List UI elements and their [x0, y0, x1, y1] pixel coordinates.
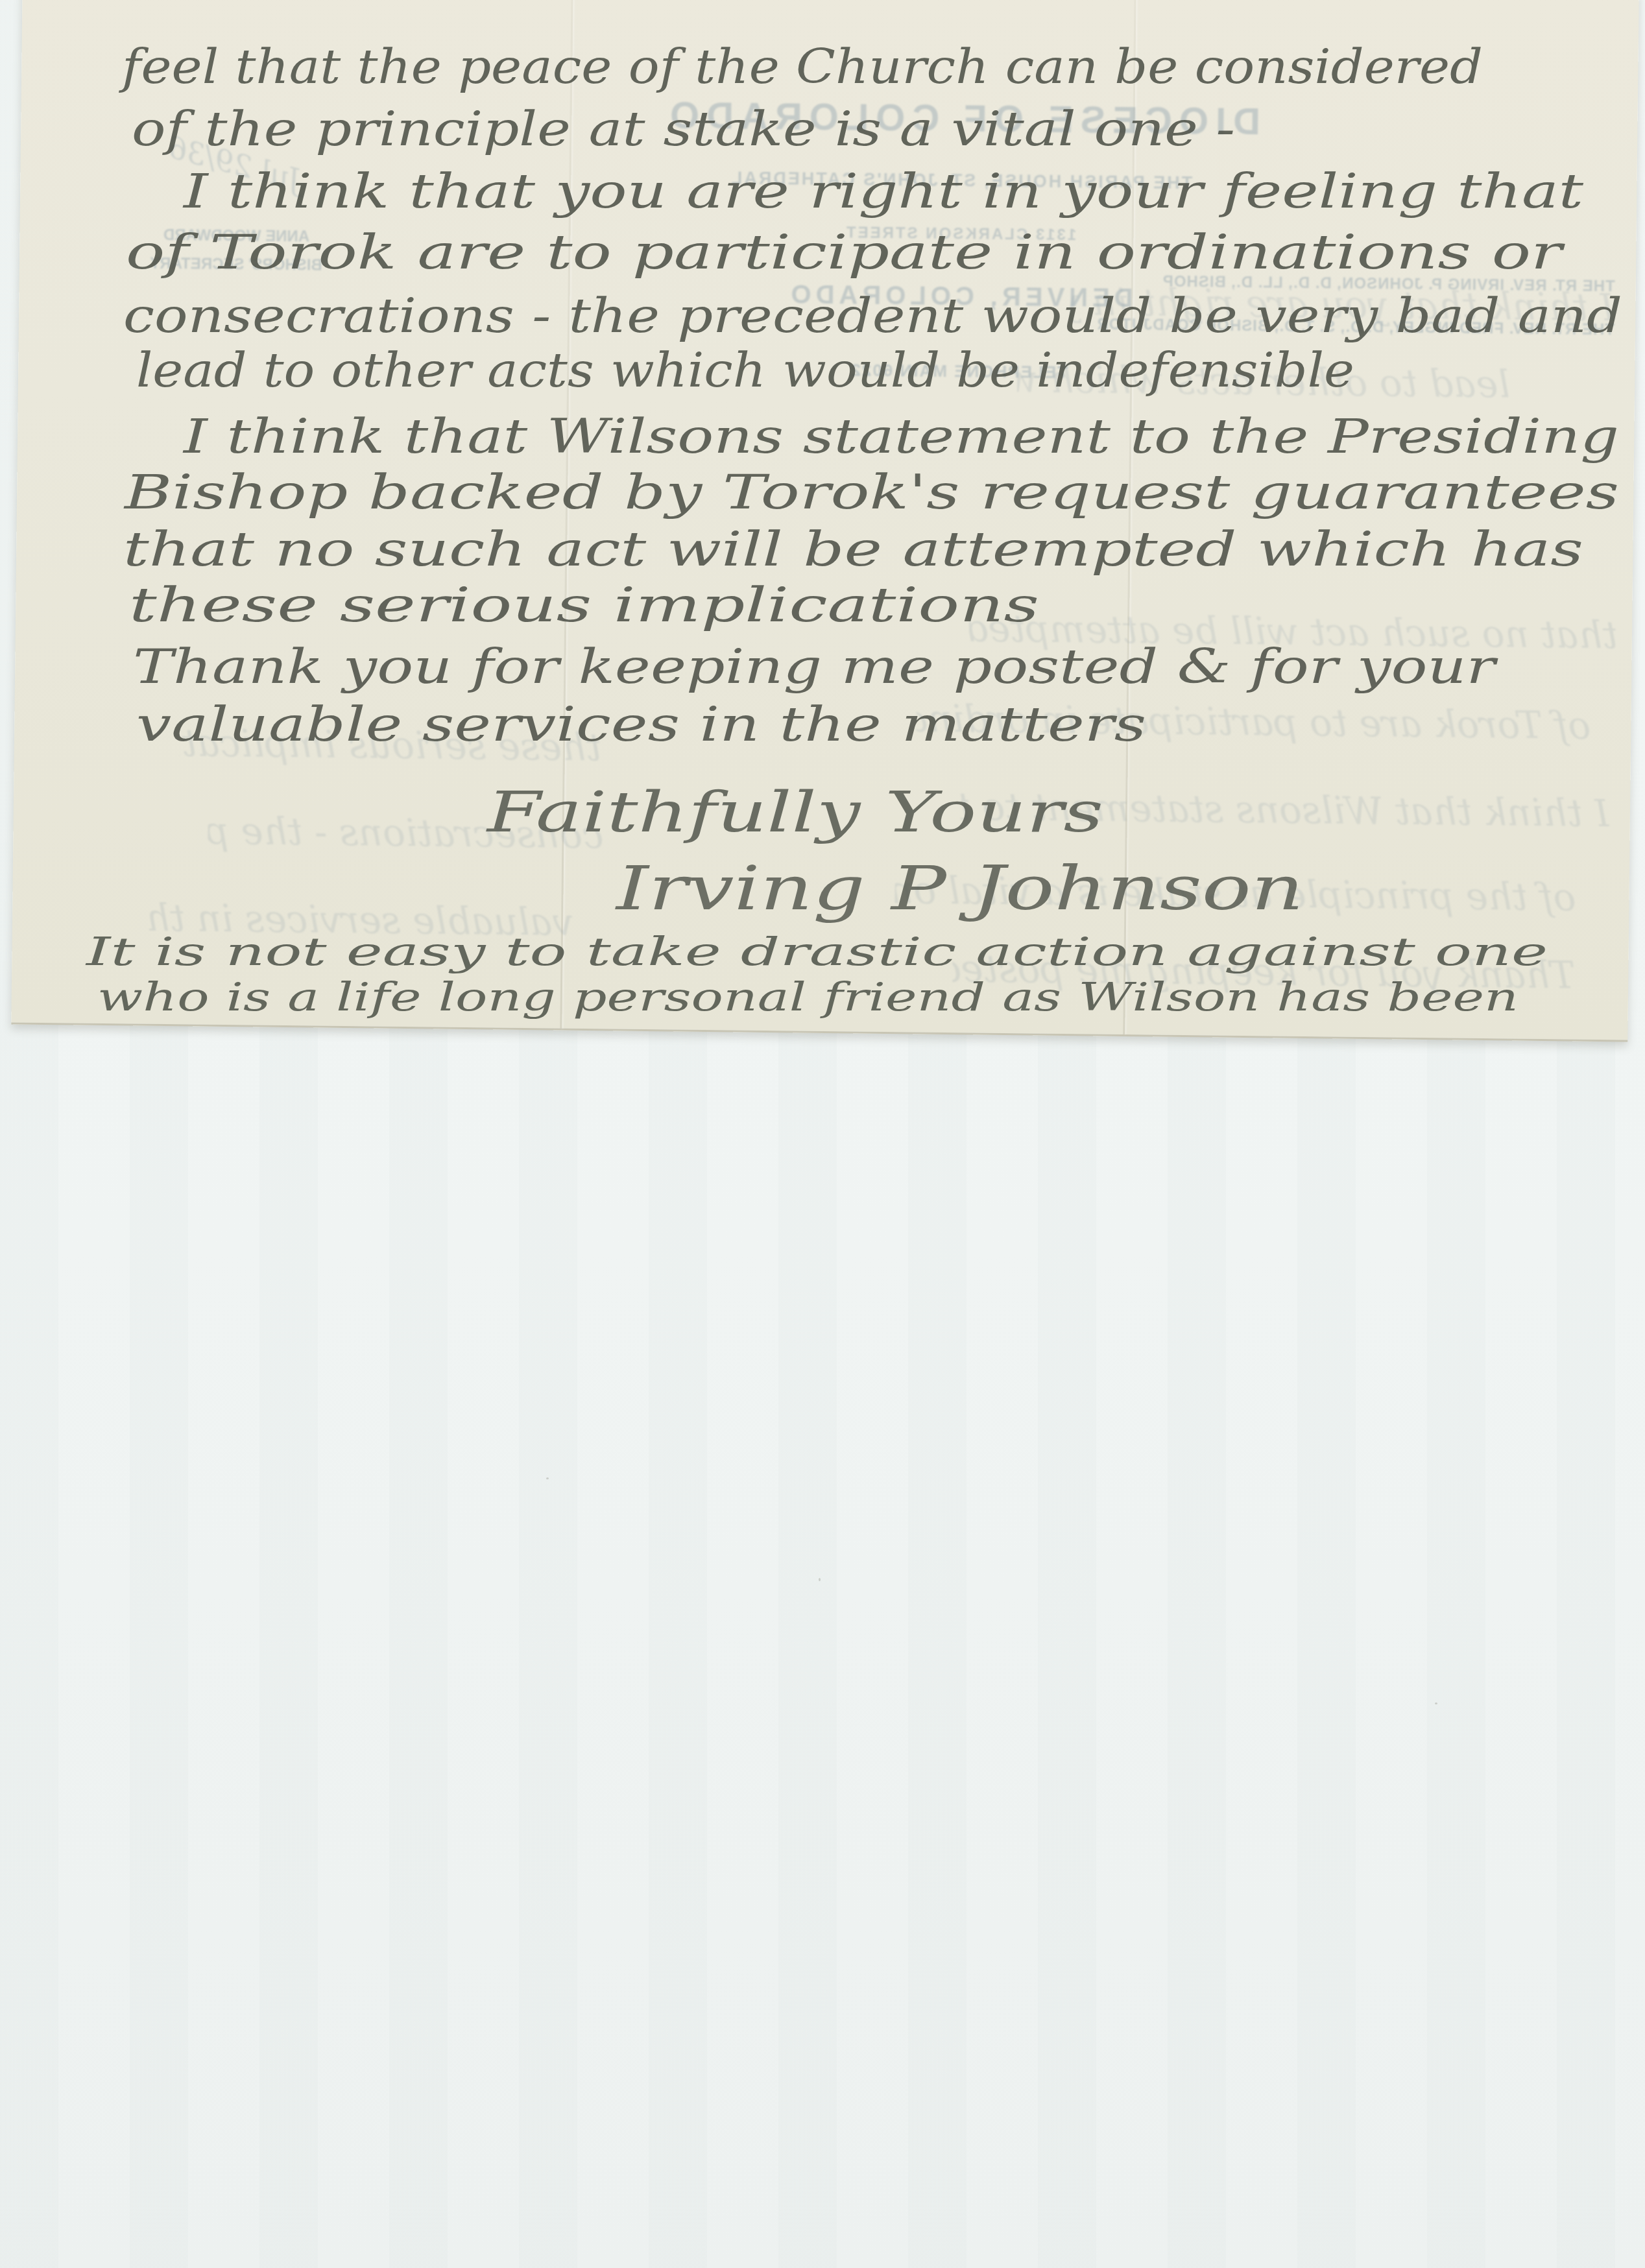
postscript-line: It is not easy to take drastic action ag…	[85, 929, 1548, 975]
signature: Irving P Johnson	[614, 853, 1304, 924]
handwriting-line: I think that you are right in your feeli…	[182, 164, 1584, 219]
handwriting-line: of the principle at stake is a vital one…	[132, 102, 1235, 156]
scan-speck	[546, 1477, 549, 1479]
scanned-letter-canvas: DIOCESE OF COLORADO THE PARISH HOUSE, ST…	[0, 0, 1645, 2268]
handwritten-text-layer: feel that the peace of the Church can be…	[0, 0, 1645, 1064]
handwriting-line: Bishop backed by Torok's request guarant…	[123, 465, 1619, 519]
scan-speck	[1435, 1702, 1437, 1704]
closing-line: Faithfully Yours	[485, 780, 1103, 845]
handwriting-line: that no such act will be attempted which…	[123, 522, 1583, 577]
postscript-line: who is a life long personal friend as Wi…	[97, 975, 1519, 1020]
handwriting-line: lead to other acts which would be indefe…	[136, 343, 1354, 398]
handwriting-line: consecrations - the precedent would be v…	[123, 289, 1622, 343]
handwriting-line: valuable services in the matters	[136, 697, 1146, 752]
handwriting-line: these serious implications	[129, 578, 1039, 632]
handwriting-line: feel that the peace of the Church can be…	[118, 40, 1483, 94]
handwriting-line: I think that Wilsons statement to the Pr…	[182, 409, 1619, 464]
handwriting-line: Thank you for keeping me posted & for yo…	[133, 639, 1498, 694]
scan-speck	[819, 1578, 821, 1581]
handwriting-line: of Torok are to participate in ordinatio…	[126, 225, 1565, 280]
